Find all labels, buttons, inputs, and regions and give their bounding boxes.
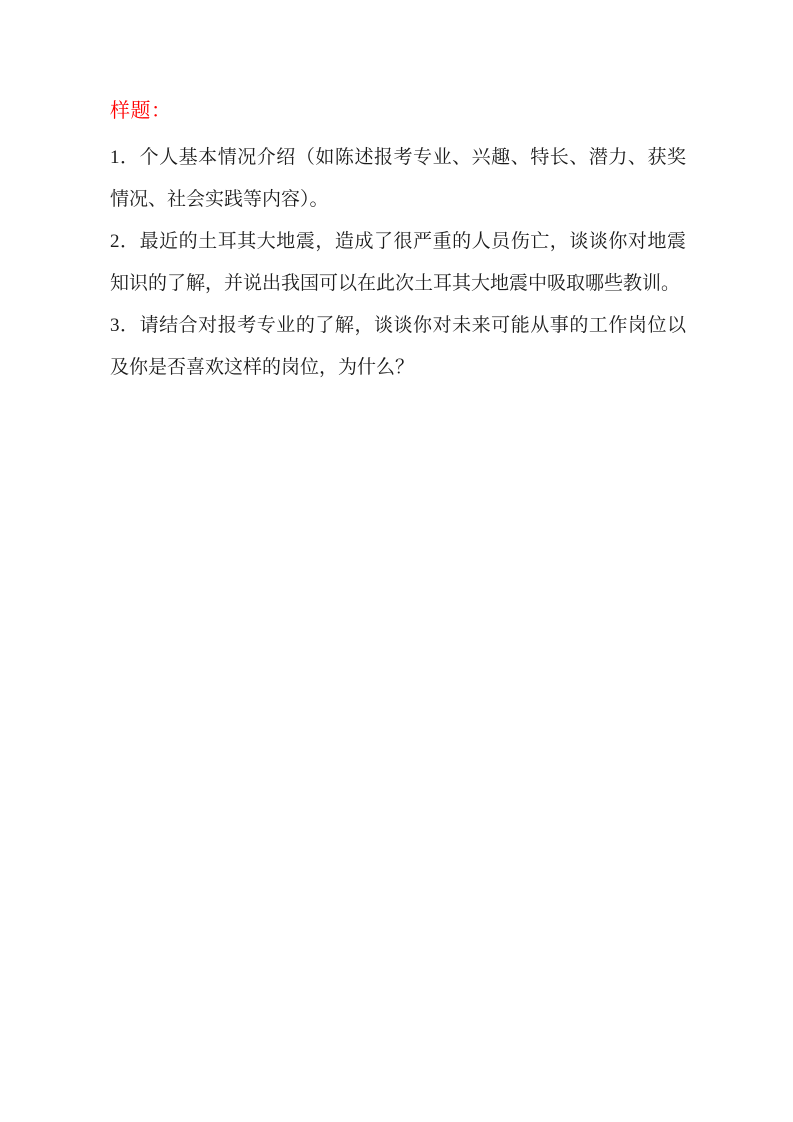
question-3-text: 请结合对报考专业的了解，谈谈你对未来可能从事的工作岗位以及你是否喜欢这样的岗位，… bbox=[110, 315, 686, 378]
question-item-1: 1．个人基本情况介绍（如陈述报考专业、兴趣、特长、潜力、获奖情况、社会实践等内容… bbox=[110, 137, 686, 221]
question-2-text: 最近的土耳其大地震，造成了很严重的人员伤亡，谈谈你对地震知识的了解，并说出我国可… bbox=[110, 231, 686, 294]
document-content: 样题： 1．个人基本情况介绍（如陈述报考专业、兴趣、特长、潜力、获奖情况、社会实… bbox=[110, 90, 686, 389]
section-heading: 样题： bbox=[110, 90, 686, 132]
question-item-3: 3．请结合对报考专业的了解，谈谈你对未来可能从事的工作岗位以及你是否喜欢这样的岗… bbox=[110, 305, 686, 389]
question-3-number: 3． bbox=[110, 315, 140, 336]
question-item-2: 2．最近的土耳其大地震，造成了很严重的人员伤亡，谈谈你对地震知识的了解，并说出我… bbox=[110, 221, 686, 305]
question-2-number: 2． bbox=[110, 231, 140, 252]
question-1-number: 1． bbox=[110, 147, 140, 168]
document-page: 样题： 1．个人基本情况介绍（如陈述报考专业、兴趣、特长、潜力、获奖情况、社会实… bbox=[0, 0, 793, 1122]
question-1-text: 个人基本情况介绍（如陈述报考专业、兴趣、特长、潜力、获奖情况、社会实践等内容）。 bbox=[110, 147, 686, 210]
